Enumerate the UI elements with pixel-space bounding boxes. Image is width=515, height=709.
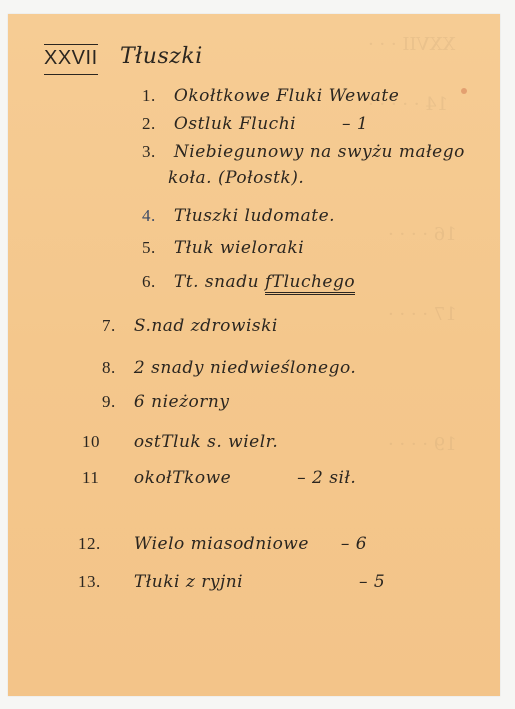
- list-item: 11 okołTkowe – 2 sił.: [82, 468, 356, 488]
- list-item: 7. S.nad zdrowiski: [102, 316, 278, 336]
- heading-numeral: XXVII: [44, 44, 98, 75]
- list-item: 9. 6 nieżorny: [102, 392, 229, 412]
- list-item: 6. Tt. snadu fTluchego: [142, 272, 355, 292]
- ink-spot: [461, 88, 467, 94]
- heading-title: Tłuszki: [120, 44, 203, 69]
- bleed-through-text: 17 · · · ·: [388, 304, 457, 325]
- list-item: 3. Niebiegunowy na swyżu małego: [142, 142, 465, 162]
- list-item: 13. Tłuki z ryjni – 5: [78, 572, 385, 592]
- list-item-continuation: koła. (Połostk).: [168, 168, 304, 188]
- bleed-through-text: XXVII · · ·: [368, 34, 455, 55]
- list-item: 12. Wielo miasodniowe – 6: [78, 534, 367, 554]
- list-item: 10 ostTluk s. wielr.: [82, 432, 278, 452]
- list-item: 2. Ostluk Fluchi – 1: [142, 114, 368, 134]
- bleed-through-text: 16 · · · ·: [388, 224, 457, 245]
- list-item: 4. Tłuszki ludomate.: [142, 206, 335, 226]
- list-item: 1. Okołtkowe Fluki Wewate: [142, 86, 399, 106]
- bleed-through-text: 19 · · · ·: [388, 434, 457, 455]
- list-item: 5. Tłuk wieloraki: [142, 238, 304, 258]
- handwritten-page: XXVII · · · 14 · · · · · 16 · · · · 17 ·…: [8, 14, 500, 696]
- list-item: 8. 2 snady niedwieślonego.: [102, 358, 356, 378]
